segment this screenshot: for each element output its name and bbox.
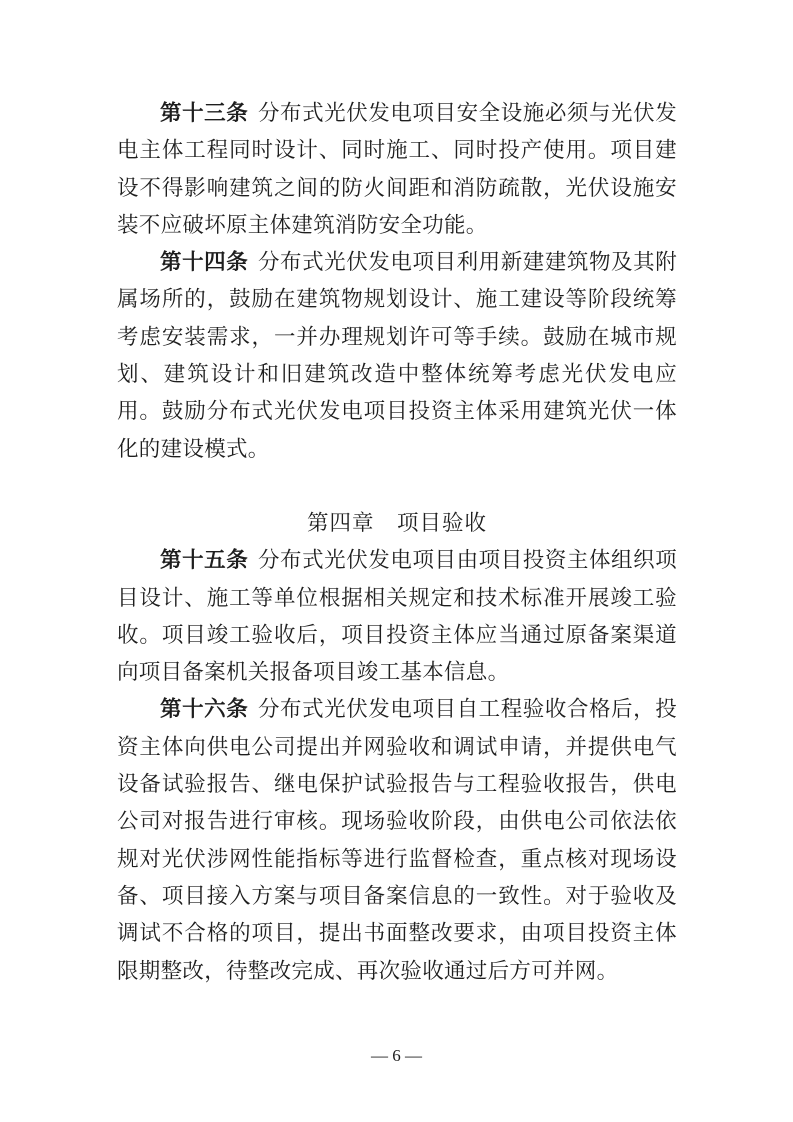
article-number: 第十三条	[160, 101, 248, 125]
article-number: 第十六条	[160, 697, 248, 721]
article-paragraph-13: 第十三条分布式光伏发电项目安全设施必须与光伏发电主体工程同时设计、同时施工、同时…	[117, 95, 677, 244]
article-text: 分布式光伏发电项目利用新建建筑物及其附属场所的，鼓励在建筑物规划设计、施工建设等…	[117, 250, 677, 460]
article-paragraph-15: 第十五条分布式光伏发电项目由项目投资主体组织项目设计、施工等单位根据相关规定和技…	[117, 542, 677, 691]
article-paragraph-16: 第十六条分布式光伏发电项目自工程验收合格后，投资主体向供电公司提出并网验收和调试…	[117, 691, 677, 989]
chapter-heading: 第四章 项目验收	[117, 505, 677, 542]
article-number: 第十四条	[160, 250, 248, 274]
article-number: 第十五条	[160, 548, 248, 572]
article-paragraph-14: 第十四条分布式光伏发电项目利用新建建筑物及其附属场所的，鼓励在建筑物规划设计、施…	[117, 244, 677, 468]
page-number: — 6 —	[0, 1046, 793, 1066]
document-page: 第十三条分布式光伏发电项目安全设施必须与光伏发电主体工程同时设计、同时施工、同时…	[0, 0, 793, 1122]
article-text: 分布式光伏发电项目自工程验收合格后，投资主体向供电公司提出并网验收和调试申请，并…	[117, 697, 677, 982]
document-body: 第十三条分布式光伏发电项目安全设施必须与光伏发电主体工程同时设计、同时施工、同时…	[117, 95, 677, 990]
